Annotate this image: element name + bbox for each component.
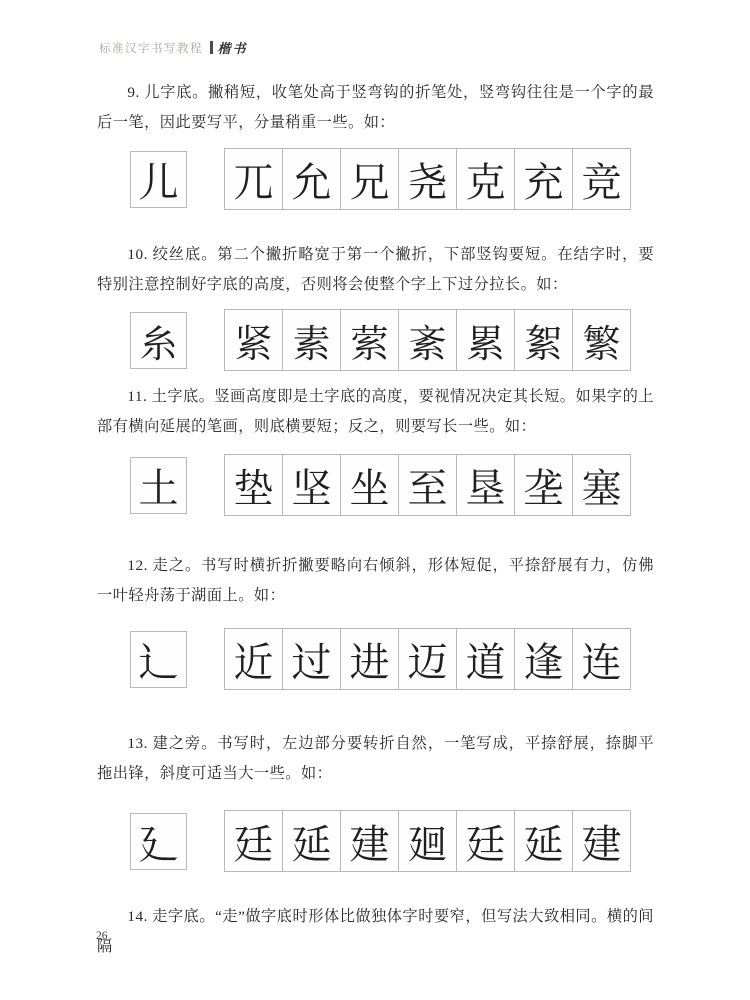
- example-char: 廷: [234, 813, 274, 870]
- component-char: 辶: [139, 631, 179, 688]
- component-box: 辶: [130, 631, 187, 688]
- example-grid: 廷 延 建 廻 廷 延 建: [224, 810, 631, 872]
- example-cell: 萦: [340, 310, 398, 370]
- example-char: 塞: [582, 457, 622, 514]
- example-cell: 絮: [514, 310, 572, 370]
- example-row-section-12: 辶 近 过 进 迈 道 逢 连: [130, 628, 631, 690]
- book-page: 标准汉字书写教程 楷书 9. 儿字底。撇稍短，收笔处高于竖弯钩的折笔处，竖弯钩往…: [0, 0, 750, 1000]
- example-char: 垫: [234, 457, 274, 514]
- example-cell: 兀: [225, 149, 282, 209]
- example-char: 垦: [466, 457, 506, 514]
- example-char: 进: [350, 631, 390, 688]
- example-char: 坐: [350, 457, 390, 514]
- example-char: 紧: [234, 313, 272, 368]
- example-char: 至: [408, 457, 448, 514]
- example-cell: 竞: [572, 149, 630, 209]
- component-char: 土: [139, 457, 179, 514]
- paragraph-section-11: 11. 土字底。竖画高度即是土字底的高度，要视情况决定其长短。如果字的上部有横向…: [97, 382, 654, 441]
- example-cell: 素: [282, 310, 340, 370]
- example-cell: 克: [456, 149, 514, 209]
- example-cell: 繁: [572, 310, 630, 370]
- example-char: 允: [292, 151, 332, 208]
- example-char: 累: [466, 313, 504, 368]
- example-char: 繁: [582, 313, 620, 368]
- example-row-section-11: 土 垫 坚 坐 至 垦 垄 塞: [130, 454, 631, 516]
- example-cell: 廻: [398, 811, 456, 871]
- example-cell: 廷: [225, 811, 282, 871]
- header-divider-bar: [210, 41, 213, 54]
- paragraph-section-10: 10. 绞丝底。第二个撇折略宽于第一个撇折，下部竖钩要短。在结字时，要特别注意控…: [97, 240, 654, 299]
- example-char: 廻: [408, 813, 448, 870]
- example-cell: 延: [282, 811, 340, 871]
- paragraph-section-13: 13. 建之旁。书写时，左边部分要转折自然，一笔写成，平捺舒展，捺脚平拖出锋，斜…: [97, 729, 654, 788]
- example-cell: 至: [398, 455, 456, 515]
- example-char: 萦: [350, 313, 388, 368]
- example-cell: 充: [514, 149, 572, 209]
- example-cell: 迈: [398, 629, 456, 689]
- example-grid: 兀 允 兄 尧 克 充 竞: [224, 148, 631, 210]
- example-char: 尧: [408, 151, 448, 208]
- example-cell: 紊: [398, 310, 456, 370]
- paragraph-section-14: 14. 走字底。“走”做字底时形体比做独体字时要窄，但写法大致相同。横的间隔: [97, 902, 654, 961]
- component-box: 土: [130, 457, 187, 514]
- paragraph-section-9: 9. 儿字底。撇稍短，收笔处高于竖弯钩的折笔处，竖弯钩往往是一个字的最后一笔，因…: [97, 78, 654, 137]
- example-cell: 允: [282, 149, 340, 209]
- page-number: 26: [96, 930, 108, 942]
- example-char: 近: [234, 631, 274, 688]
- component-char: 儿: [139, 151, 179, 208]
- example-cell: 尧: [398, 149, 456, 209]
- example-grid: 紧 素 萦 紊 累 絮 繁: [224, 309, 631, 371]
- example-row-section-10: 糸 紧 素 萦 紊 累 絮 繁: [130, 309, 631, 371]
- example-cell: 坐: [340, 455, 398, 515]
- example-cell: 坚: [282, 455, 340, 515]
- component-char: 廴: [139, 813, 179, 870]
- example-cell: 连: [572, 629, 630, 689]
- example-char: 延: [524, 813, 564, 870]
- component-box: 儿: [130, 151, 187, 208]
- example-char: 充: [524, 151, 564, 208]
- component-box: 廴: [130, 813, 187, 870]
- example-char: 紊: [408, 313, 446, 368]
- component-box: 糸: [130, 312, 187, 369]
- example-char: 迈: [408, 631, 448, 688]
- example-cell: 紧: [225, 310, 282, 370]
- example-cell: 逢: [514, 629, 572, 689]
- example-cell: 塞: [572, 455, 630, 515]
- example-cell: 廷: [456, 811, 514, 871]
- example-cell: 道: [456, 629, 514, 689]
- page-header: 标准汉字书写教程 楷书: [99, 38, 248, 57]
- example-cell: 延: [514, 811, 572, 871]
- example-char: 廷: [466, 813, 506, 870]
- example-cell: 进: [340, 629, 398, 689]
- example-cell: 累: [456, 310, 514, 370]
- example-char: 克: [466, 151, 506, 208]
- example-char: 坚: [292, 457, 332, 514]
- example-char: 道: [466, 631, 506, 688]
- example-char: 兄: [350, 151, 390, 208]
- component-char: 糸: [139, 313, 177, 368]
- example-char: 竞: [582, 151, 622, 208]
- example-char: 过: [292, 631, 332, 688]
- chapter-title: 楷书: [218, 38, 248, 57]
- example-row-section-13: 廴 廷 延 建 廻 廷 延 建: [130, 810, 631, 872]
- example-cell: 建: [572, 811, 630, 871]
- example-char: 絮: [524, 313, 562, 368]
- example-char: 连: [582, 631, 622, 688]
- example-char: 兀: [234, 151, 274, 208]
- example-cell: 建: [340, 811, 398, 871]
- example-char: 建: [582, 813, 622, 870]
- example-cell: 垦: [456, 455, 514, 515]
- example-grid: 近 过 进 迈 道 逢 连: [224, 628, 631, 690]
- example-cell: 兄: [340, 149, 398, 209]
- example-cell: 过: [282, 629, 340, 689]
- example-char: 逢: [524, 631, 564, 688]
- example-char: 垄: [524, 457, 564, 514]
- paragraph-section-12: 12. 走之。书写时横折折撇要略向右倾斜，形体短促，平捺舒展有力，仿佛一叶轻舟荡…: [97, 551, 654, 610]
- example-cell: 近: [225, 629, 282, 689]
- example-cell: 垄: [514, 455, 572, 515]
- example-char: 延: [292, 813, 332, 870]
- example-row-section-9: 儿 兀 允 兄 尧 克 充 竞: [130, 148, 631, 210]
- example-grid: 垫 坚 坐 至 垦 垄 塞: [224, 454, 631, 516]
- example-char: 素: [292, 313, 330, 368]
- example-char: 建: [350, 813, 390, 870]
- book-title: 标准汉字书写教程: [99, 40, 203, 56]
- example-cell: 垫: [225, 455, 282, 515]
